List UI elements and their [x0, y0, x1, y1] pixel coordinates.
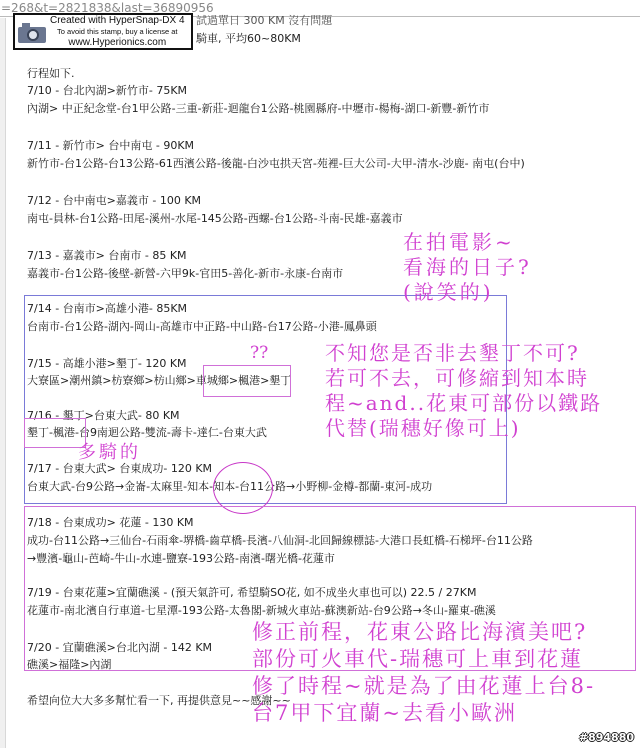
day-title: 7/14 - 台南市>高雄小港- 85KM [27, 302, 187, 316]
highlight-box-kenting [24, 418, 86, 448]
day-title: 7/13 - 嘉義市> 台南市 - 85 KM [27, 249, 187, 263]
day-title: 7/17 - 台東大武> 台東成功- 120 KM [27, 462, 212, 476]
annotation-extra-ride: 多騎的 [78, 438, 141, 464]
day-title: 7/12 - 台中南屯>嘉義市 - 100 KM [27, 194, 201, 208]
day-route: →豐濱-龜山-芭崎-牛山-水連-鹽寮-193公路-南濱-曙光橋-花蓮市 [27, 552, 335, 566]
stamp-line-2: To avoid this stamp, buy a license at [57, 26, 177, 37]
annotation-revision-4: 台7甲下宜蘭~去看小歐洲 [252, 701, 517, 726]
annotation-movie-2: 看海的日子? [403, 255, 532, 279]
day-title: 7/15 - 高雄小港>墾丁- 120 KM [27, 357, 187, 371]
stamp-line-1: Created with HyperSnap-DX 4 [50, 15, 185, 26]
day-route: 花蓮市-南北濱自行車道-七星潭-193公路-太魯閣-新城火車站-蘇澳新站-台9公… [27, 604, 496, 618]
annotation-revision-2: 部份可火車代-瑞穗可上車到花蓮 [252, 647, 583, 672]
day-route: 成功-台11公路→三仙台-石雨傘-堺橋-齒草橋-長濱-八仙洞-北回歸線標誌-大港… [27, 534, 533, 548]
stamp-line-3: www.Hyperionics.com [68, 37, 166, 48]
camera-icon [18, 21, 46, 43]
day-route: 台南市-台1公路-湖內-岡山-高雄市中正路-中山路-台17公路-小港-鳳鼻頭 [27, 320, 377, 334]
day-route: 南屯-員林-台1公路-田尾-溪州-水尾-145公路-西螺-台1公路-斗南-民雄-… [27, 212, 403, 226]
intro-line-1: 試過單日 300 KM 沒有問題 [196, 14, 332, 28]
day-route: 嘉義市-台1公路-後壁-新營-六甲9k-官田5-善化-新市-永康-台南市 [27, 267, 343, 281]
day-route: 新竹市-台1公路-台13公路-61西濱公路-後龍-白沙屯拱天宮-苑裡-巨大公司-… [27, 157, 525, 171]
annotation-movie-1: 在拍電影~ [403, 230, 515, 254]
day-route: 內湖> 中正紀念堂-台1甲公路-三重-新莊-迴龍台1公路-桃園縣府-中壢市-楊梅… [27, 102, 489, 116]
annotation-movie-3: (說笑的) [403, 280, 494, 304]
day-title: 7/19 - 台東花蓮>宜蘭礁溪 - (預天氣許可, 希望騎SO花, 如不成坐火… [27, 586, 476, 600]
day-title: 7/11 - 新竹市> 台中南屯 - 90KM [27, 139, 194, 153]
watermark-id: #894880 [579, 731, 634, 744]
left-scroll-gutter [0, 18, 6, 748]
highlight-box-checheng [203, 365, 291, 397]
annotation-question-marks: ?? [250, 343, 268, 363]
intro-line-2: 騎車, 平均60~80KM [196, 32, 301, 46]
hypersnap-stamp: Created with HyperSnap-DX 4 To avoid thi… [13, 13, 193, 50]
day-title: 7/18 - 台東成功> 花蓮 - 130 KM [27, 516, 194, 530]
annotation-revision-3: 修了時程~就是為了由花蓮上台8- [252, 674, 595, 699]
itinerary-heading: 行程如下. [27, 67, 75, 81]
annotation-kenting-2: 若可不去，可修縮到知本時 [325, 366, 589, 391]
annotation-kenting-1: 不知您是否非去墾丁不可? [325, 341, 580, 366]
annotation-kenting-4: 代替(瑞穗好像可上) [325, 416, 521, 441]
annotation-kenting-3: 程~and..花東可部份以鐵路 [325, 391, 602, 416]
annotation-revision-1: 修正前程，花東公路比海濱美吧? [252, 620, 587, 645]
day-route: 礁溪>福隆>內湖 [27, 658, 111, 672]
day-title: 7/20 - 宜蘭礁溪>台北內湖 - 142 KM [27, 641, 212, 655]
day-title: 7/10 - 台北內湖>新竹市- 75KM [27, 84, 187, 98]
